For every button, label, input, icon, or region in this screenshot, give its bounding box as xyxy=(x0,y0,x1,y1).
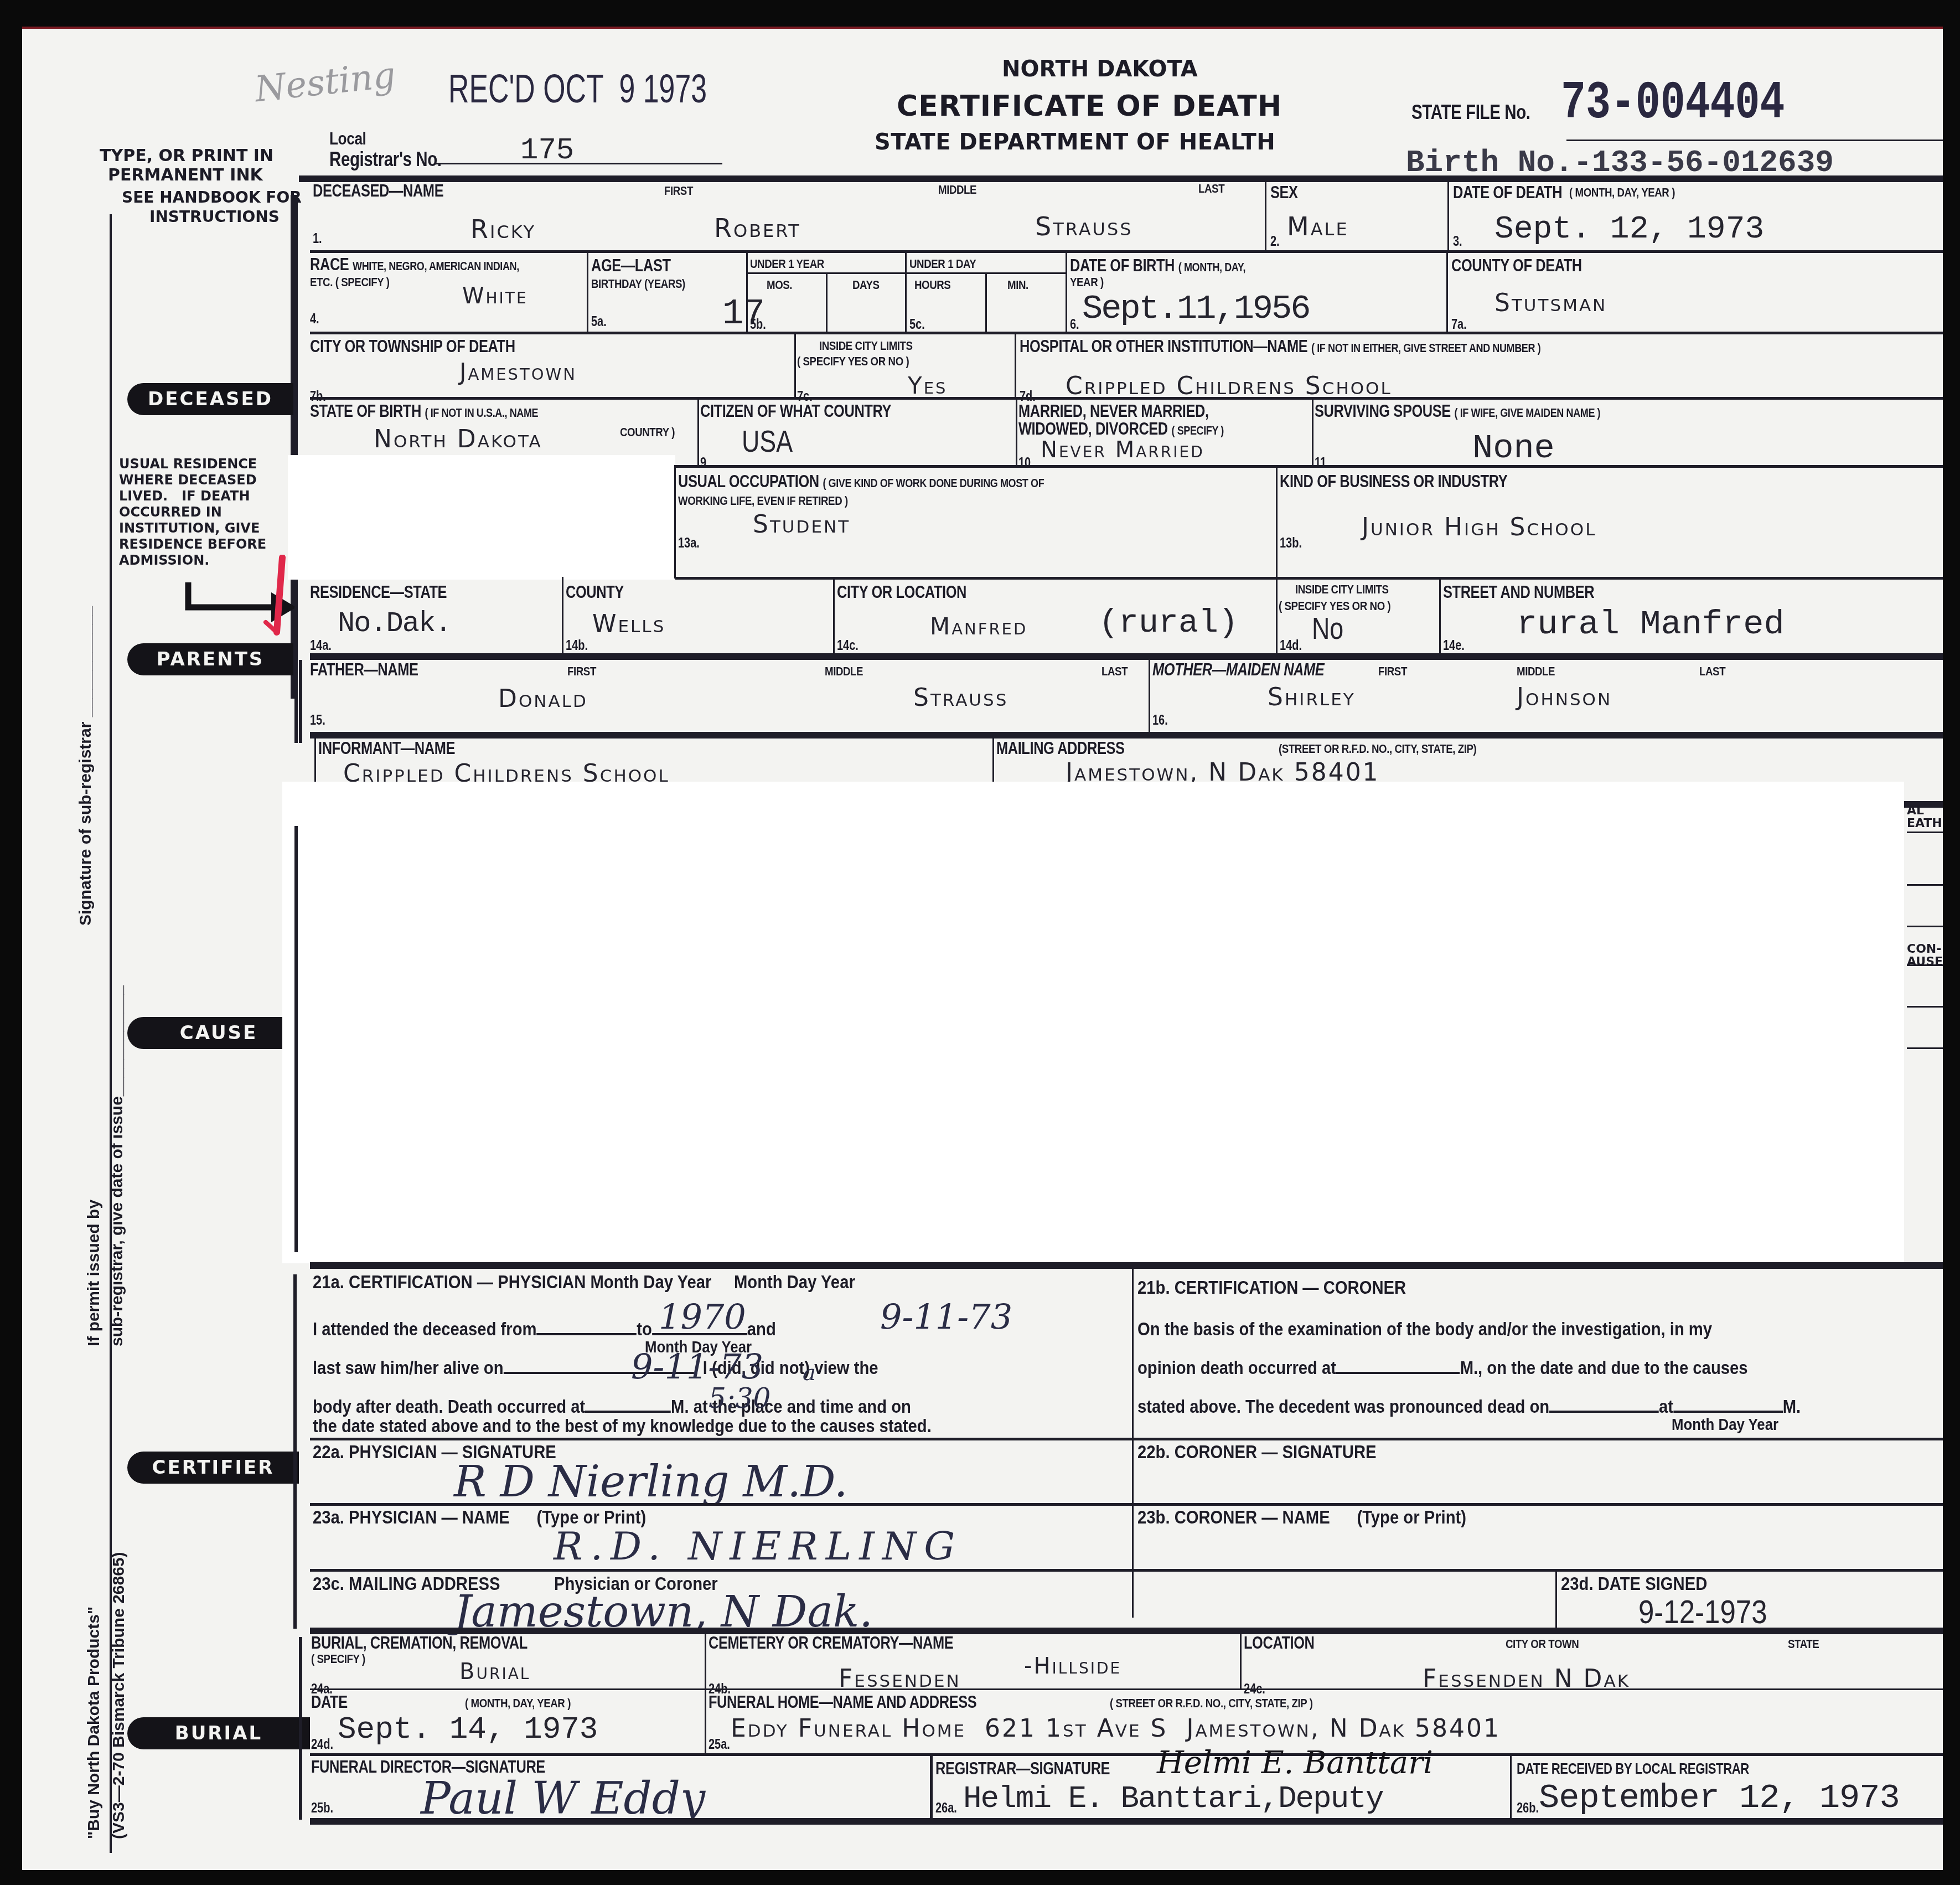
inside-city-hint: ( SPECIFY YES OR NO ) xyxy=(797,354,909,369)
divider xyxy=(794,332,796,398)
divider xyxy=(1149,660,1150,732)
citizen-label: CITIZEN OF WHAT COUNTRY xyxy=(700,401,891,421)
death-certificate: Nesting REC'D OCT 9 1973 NORTH DAKOTA CE… xyxy=(22,27,1943,1870)
residence-state-label: RESIDENCE—STATE xyxy=(310,582,447,602)
residence-city-value: Manfred xyxy=(930,613,1027,640)
row-divider xyxy=(310,1569,1943,1572)
residence-street-label: STREET AND NUMBER xyxy=(1443,582,1594,602)
divider xyxy=(1447,179,1449,250)
page-title: CERTIFICATE OF DEATH xyxy=(897,90,1282,123)
divider xyxy=(1555,1569,1557,1629)
deceased-middle-name: Robert xyxy=(714,213,801,243)
cause-edge-fragment: AUSE xyxy=(1907,955,1943,969)
state-of-birth-label: STATE OF BIRTH ( IF NOT IN U.S.A., NAME xyxy=(310,401,538,421)
informant-name-label: INFORMANT—NAME xyxy=(318,738,455,758)
residence-note: OCCURRED IN xyxy=(119,504,222,520)
row-divider xyxy=(310,1503,1943,1506)
instructions-line: TYPE, OR PRINT IN xyxy=(100,148,273,164)
received-stamp: REC'D OCT 9 1973 xyxy=(448,66,707,112)
field-number: 3. xyxy=(1453,234,1462,250)
divider xyxy=(1265,179,1266,250)
disposition-label: BURIAL, CREMATION, REMOVAL xyxy=(311,1633,528,1653)
divider xyxy=(587,250,588,333)
last-saw-statement: last saw him/her alive on. I (did, did n… xyxy=(313,1357,878,1379)
occupation-label: USUAL OCCUPATION ( GIVE KIND OF WORK DON… xyxy=(678,472,1044,492)
instructions-line: PERMANENT INK xyxy=(108,167,263,183)
father-first-name: Donald xyxy=(498,685,588,713)
form-top-border xyxy=(299,175,1943,182)
race-label: RACE WHITE, NEGRO, AMERICAN INDIAN, xyxy=(310,255,519,275)
deceased-name-label: DECEASED—NAME xyxy=(313,181,443,201)
field-number: 11. xyxy=(1315,455,1330,471)
residence-note: WHERE DECEASED xyxy=(119,472,257,488)
field-number: 2. xyxy=(1270,234,1280,250)
date-signed-value: 9-12-1973 xyxy=(1638,1593,1767,1631)
local-registrar-label: Local xyxy=(329,128,366,149)
divider xyxy=(1240,1628,1242,1690)
row-divider xyxy=(310,397,1943,400)
field-number: 5a. xyxy=(591,314,607,330)
divider xyxy=(930,1753,933,1820)
section-tab-certifier: CERTIFIER xyxy=(127,1452,299,1484)
section-divider xyxy=(310,1262,1943,1269)
mother-first-name: Shirley xyxy=(1268,683,1356,711)
divider xyxy=(1907,884,1943,886)
divider xyxy=(1907,926,1943,927)
permit-note: If permit issued by xyxy=(83,1200,105,1346)
instructions-line: SEE HANDBOOK FOR xyxy=(122,189,302,205)
field-number: 5c. xyxy=(909,317,925,333)
hospital-value: Crippled Childrens School xyxy=(1066,372,1392,400)
under-1-year-label: UNDER 1 YEAR xyxy=(750,257,824,271)
cemetery-label: CEMETERY OR CREMATORY—NAME xyxy=(709,1633,953,1653)
date-signed-label: 23d. DATE SIGNED xyxy=(1561,1573,1707,1595)
field-number: 15. xyxy=(310,712,325,729)
field-number: 5b. xyxy=(750,317,766,333)
marital-label-2: WIDOWED, DIVORCED ( SPECIFY ) xyxy=(1018,419,1224,439)
coroner-statement-3: stated above. The decedent was pronounce… xyxy=(1137,1396,1801,1418)
buy-north-dakota-note: "Buy North Dakota Products" xyxy=(83,1607,105,1839)
divider xyxy=(1446,250,1448,333)
residence-note: ADMISSION. xyxy=(119,552,209,569)
father-last-name: Strauss xyxy=(913,684,1008,712)
mother-name-label: MOTHER—MAIDEN NAME xyxy=(1152,660,1324,680)
divider xyxy=(905,250,907,333)
field-number: 25b. xyxy=(311,1800,333,1816)
row-divider xyxy=(310,332,1943,334)
father-name-label: FATHER—NAME xyxy=(310,660,418,680)
divider xyxy=(705,1628,706,1755)
middle-label: MIDDLE xyxy=(938,183,976,197)
row-divider xyxy=(310,1688,1943,1690)
disposition-value: Burial xyxy=(459,1659,530,1685)
occupation-hint: WORKING LIFE, EVEN IF RETIRED ) xyxy=(678,494,848,508)
row-divider xyxy=(310,250,1943,253)
state-file-number: 73-004404 xyxy=(1561,73,1785,133)
attended-from-value: 1970 xyxy=(659,1297,746,1337)
informant-address-hint: (STREET OR R.F.D. NO., CITY, STATE, ZIP) xyxy=(1279,742,1476,756)
date-of-birth-hint: YEAR ) xyxy=(1070,275,1104,290)
business-label: KIND OF BUSINESS OR INDUSTRY xyxy=(1280,472,1507,492)
field-number: 7a. xyxy=(1451,317,1467,333)
first-label: FIRST xyxy=(664,184,693,198)
divider xyxy=(1276,577,1278,654)
field-number: 14e. xyxy=(1443,638,1465,654)
date-of-death-value: Sept. 12, 1973 xyxy=(1494,211,1764,247)
death-time-statement: body after death. Death occurred atM. at… xyxy=(313,1396,911,1418)
city-label: CITY OR TOWN xyxy=(1506,1637,1579,1651)
county-of-death-value: Stutsman xyxy=(1494,289,1607,317)
residence-county-value: Wells xyxy=(592,610,665,638)
divider xyxy=(746,250,748,333)
funeral-home-label: FUNERAL HOME—NAME AND ADDRESS xyxy=(709,1692,976,1712)
physician-name-value: R.D. NIERLING xyxy=(554,1524,963,1569)
divider xyxy=(985,272,987,333)
form-left-border xyxy=(299,660,302,743)
marital-label: MARRIED, NEVER MARRIED, xyxy=(1018,401,1209,421)
divider xyxy=(562,577,563,654)
last-label: LAST xyxy=(1198,182,1224,196)
redacted-field xyxy=(288,455,675,580)
minutes-label: MIN. xyxy=(1007,278,1028,292)
burial-date-hint: ( MONTH, DAY, YEAR ) xyxy=(465,1696,571,1711)
city-of-death-value: Jamestown xyxy=(459,358,577,385)
residence-street-value: rural Manfred xyxy=(1517,605,1785,644)
state-of-birth-value: North Dakota xyxy=(374,425,542,453)
field-number: 16. xyxy=(1152,712,1168,729)
divider xyxy=(746,272,1067,274)
form-print-code: (VS3—2-70 Bismarck Tribune 26865) xyxy=(108,1552,130,1839)
section-tab-deceased: DECEASED xyxy=(127,383,293,415)
field-number: 14c. xyxy=(837,638,859,654)
inside-city-value: Yes xyxy=(908,372,947,399)
residence-note: LIVED. IF DEATH xyxy=(119,488,250,504)
field-number: 26b. xyxy=(1517,1800,1539,1816)
divider xyxy=(435,163,722,164)
spouse-label: SURVIVING SPOUSE ( IF WIFE, GIVE MAIDEN … xyxy=(1315,401,1600,421)
field-number: 24d. xyxy=(311,1737,333,1753)
section-tab-burial: BURIAL xyxy=(127,1717,310,1749)
residence-county-label: COUNTY xyxy=(566,582,624,602)
last-saw-value: 9-11-73 xyxy=(631,1346,763,1387)
divider xyxy=(826,272,828,333)
form-bottom-border xyxy=(310,1818,1943,1825)
death-time-statement-2: the date stated above and to the best of… xyxy=(313,1416,932,1437)
section-divider xyxy=(310,653,1943,660)
age-hint: BIRTHDAY (YEARS) xyxy=(591,277,685,291)
county-of-death-label: COUNTY OF DEATH xyxy=(1451,256,1582,276)
date-of-birth-value: Sept.11,1956 xyxy=(1082,289,1309,328)
local-registrar-number: 175 xyxy=(520,134,574,168)
registrar-signature-label: REGISTRAR—SIGNATURE xyxy=(935,1759,1110,1779)
first-label: FIRST xyxy=(1378,664,1407,679)
field-number: 9. xyxy=(700,455,710,471)
spouse-value: None xyxy=(1472,428,1555,468)
permit-note: sub-registrar, give date of issue_______… xyxy=(106,985,128,1346)
residence-inside-city-label: INSIDE CITY LIMITS xyxy=(1295,582,1389,597)
divider xyxy=(1016,397,1017,466)
row-divider xyxy=(675,577,1943,580)
under-1-day-label: UNDER 1 DAY xyxy=(909,257,976,271)
divider xyxy=(1276,465,1278,579)
divider xyxy=(697,397,699,466)
divider xyxy=(1439,577,1441,654)
registrar-signature[interactable]: Helmi E. Banttari xyxy=(1157,1745,1433,1781)
date-of-death-hint: ( MONTH, DAY, YEAR ) xyxy=(1569,185,1675,200)
mother-last-name: Johnson xyxy=(1517,683,1612,711)
occupation-value: Student xyxy=(753,510,850,539)
registrar-typed-name: Helmi E. Banttari,Deputy xyxy=(963,1781,1383,1816)
divider xyxy=(1015,332,1016,398)
field-number: 4. xyxy=(310,311,319,327)
cause-edge-fragment: AL xyxy=(1907,804,1924,818)
form-left-border xyxy=(294,826,298,1252)
deceased-first-name: Ricky xyxy=(470,214,536,244)
date-received-label: DATE RECEIVED BY LOCAL REGISTRAR xyxy=(1517,1760,1749,1778)
last-label: LAST xyxy=(1101,664,1128,679)
deceased-last-name: Strauss xyxy=(1035,211,1133,241)
divider xyxy=(1066,250,1067,333)
death-time-value: 5:30 xyxy=(709,1382,770,1414)
cause-edge-fragment: EATH xyxy=(1907,817,1942,830)
residence-city-typed: (rural) xyxy=(1099,605,1238,642)
cause-edge-fragment: CON- xyxy=(1907,942,1941,956)
coroner-statement-2: opinion death occurred atM., on the date… xyxy=(1137,1357,1748,1379)
hospital-label: HOSPITAL OR OTHER INSTITUTION—NAME ( IF … xyxy=(1020,337,1540,357)
physician-certification-heading: 21a. CERTIFICATION — PHYSICIAN Month Day… xyxy=(313,1272,855,1293)
handwritten-note: Nesting xyxy=(253,55,397,110)
section-divider xyxy=(310,732,1943,738)
date-received-value: September 12, 1973 xyxy=(1539,1778,1900,1817)
residence-city-label: CITY OR LOCATION xyxy=(837,582,966,602)
divider xyxy=(1312,397,1313,466)
field-number: 13a. xyxy=(678,535,700,551)
redacted-cause-of-death xyxy=(282,782,1904,1263)
informant-address-label: MAILING ADDRESS xyxy=(996,738,1125,758)
divider xyxy=(1566,140,1943,141)
burial-date-label: DATE xyxy=(311,1692,348,1712)
death-time-ampm: a xyxy=(803,1360,816,1386)
field-number: 14a. xyxy=(310,638,332,654)
residence-inside-city-value: No xyxy=(1312,610,1343,646)
funeral-home-value: Eddy Funeral Home 621 1st Ave S Jamestow… xyxy=(731,1714,1501,1743)
field-number: 14d. xyxy=(1280,638,1302,654)
field-number: 1. xyxy=(313,231,322,247)
section-tab-parents: PARENTS xyxy=(127,643,293,675)
funeral-director-signature[interactable]: Paul W Eddy xyxy=(421,1773,705,1824)
residence-note: USUAL RESIDENCE xyxy=(119,456,257,472)
last-label: LAST xyxy=(1699,664,1725,679)
coroner-statement-1: On the basis of the examination of the b… xyxy=(1137,1319,1712,1340)
divider xyxy=(1132,1269,1134,1618)
row-divider xyxy=(310,1753,1943,1756)
first-label: FIRST xyxy=(567,664,596,679)
race-hint: ETC. ( SPECIFY ) xyxy=(310,275,390,290)
form-left-border xyxy=(299,1637,302,1820)
attended-to-value: 9-11-73 xyxy=(880,1297,1012,1337)
field-number: 6. xyxy=(1070,317,1079,333)
state-label: STATE xyxy=(1788,1637,1819,1651)
coroner-certification-heading: 21b. CERTIFICATION — CORONER xyxy=(1137,1277,1406,1299)
subregistrar-signature-label: Signature of sub-registrar ____________ xyxy=(75,606,97,926)
mdy-label: Month Day Year xyxy=(1672,1416,1778,1434)
instructions-line: INSTRUCTIONS xyxy=(149,209,280,225)
residence-note: INSTITUTION, GIVE xyxy=(119,520,260,536)
row-divider xyxy=(310,1438,1943,1440)
field-number: 13b. xyxy=(1280,535,1302,551)
residence-state-value: No.Dak. xyxy=(338,607,451,640)
date-of-birth-label: DATE OF BIRTH ( MONTH, DAY, xyxy=(1070,256,1245,276)
state-name: NORTH DAKOTA xyxy=(1002,56,1198,82)
business-value: Junior High School xyxy=(1362,513,1596,541)
local-registrar-label-2: Registrar's No. xyxy=(329,148,442,171)
section-divider xyxy=(310,1628,1943,1634)
date-of-death-label: DATE OF DEATH xyxy=(1453,183,1562,203)
sex-value: Male xyxy=(1287,211,1349,241)
divider xyxy=(1510,1753,1512,1820)
field-number: 25a. xyxy=(709,1737,730,1753)
state-of-birth-hint: COUNTRY ) xyxy=(620,425,675,440)
months-label: MOS. xyxy=(767,278,792,292)
state-file-label: STATE FILE No. xyxy=(1411,101,1530,124)
residence-note: RESIDENCE BEFORE xyxy=(119,536,266,552)
middle-label: MIDDLE xyxy=(1517,664,1555,679)
coroner-name-label: 23b. CORONER — NAME (Type or Print) xyxy=(1137,1507,1466,1528)
form-left-border xyxy=(293,1274,297,1629)
divider xyxy=(1907,832,1943,833)
inside-city-label: INSIDE CITY LIMITS xyxy=(819,339,913,353)
sex-label: SEX xyxy=(1270,183,1298,203)
disposition-hint: ( SPECIFY ) xyxy=(311,1652,365,1666)
coroner-signature-label: 22b. CORONER — SIGNATURE xyxy=(1137,1442,1377,1463)
days-label: DAYS xyxy=(852,278,880,292)
burial-date-value: Sept. 14, 1973 xyxy=(338,1712,598,1747)
divider xyxy=(1907,1047,1943,1049)
field-number: 26a. xyxy=(935,1800,957,1816)
divider xyxy=(674,465,676,579)
race-value: White xyxy=(462,283,528,309)
city-of-death-label: CITY OR TOWNSHIP OF DEATH xyxy=(310,337,515,357)
middle-label: MIDDLE xyxy=(825,664,863,679)
marital-value: Never Married xyxy=(1041,437,1204,463)
field-number: 14b. xyxy=(566,638,588,654)
cemetery-suffix: -Hillside xyxy=(1024,1654,1121,1679)
citizen-value: USA xyxy=(742,423,793,459)
hours-label: HOURS xyxy=(914,278,950,292)
field-number: 10. xyxy=(1018,455,1034,471)
funeral-home-hint: ( STREET OR R.F.D. NO., CITY, STATE, ZIP… xyxy=(1110,1696,1313,1711)
divider xyxy=(1907,1006,1943,1008)
location-label: LOCATION xyxy=(1244,1633,1315,1653)
department-name: STATE DEPARTMENT OF HEALTH xyxy=(875,130,1275,155)
physician-signature[interactable]: R D Nierling M.D. xyxy=(454,1457,848,1507)
age-label: AGE—LAST xyxy=(591,256,671,276)
divider xyxy=(833,577,835,654)
